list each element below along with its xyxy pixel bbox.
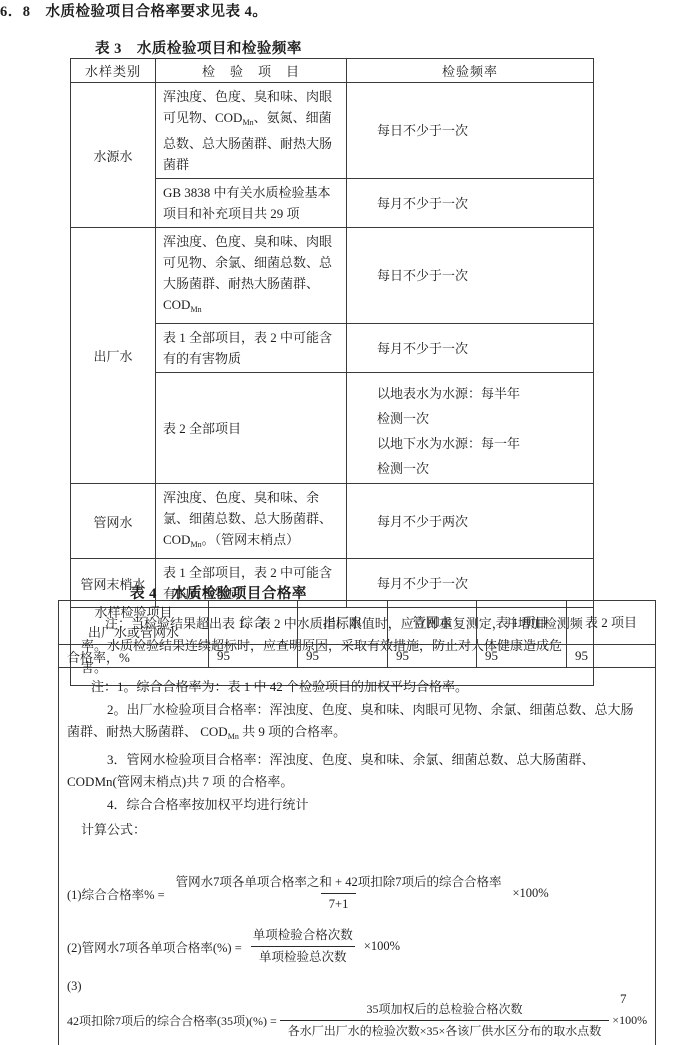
- formula1-fraction: 管网水7项各单项合格率之和 + 42项扣除7项后的综合合格率 7+1: [168, 875, 510, 912]
- document-page: 表 3 水质检验项目和检验频率 水样类别 检 验 项 目 检验频率 水源水 浑浊…: [0, 0, 699, 1045]
- table4-col-finished: 出厂水: [298, 601, 388, 645]
- table3-header-items: 检 验 项 目: [156, 59, 347, 83]
- table4-note-3: 3．管网水检验项目合格率：浑浊度、色度、臭和味、余氯、细菌总数、总大肠菌群、CO…: [67, 749, 645, 793]
- table4-notes-row: 注：1。综合合格率为：表 1 中 42 个检验项目的加权平均合格率。 2。出厂水…: [59, 668, 656, 1045]
- table4-corner-line2: 出厂水或管网水: [59, 623, 208, 643]
- page-number: 7: [620, 991, 627, 1007]
- formula1-numerator: 管网水7项各单项合格率之和 + 42项扣除7项后的综合合格率: [168, 875, 510, 893]
- table4-col-table2: 表 2 项目: [567, 601, 656, 645]
- table3-items-cell: 表 2 全部项目: [156, 373, 347, 484]
- formula-35-items-pass-rate: 42项扣除7项后的综合合格率(35项)(%) = 35项加权后的总检验合格次数 …: [67, 1002, 645, 1039]
- formula2-label: (2)管网水7项各单项合格率(%) =: [67, 938, 242, 956]
- table4-corner-header: 水样检验项目 出厂水或管网水: [59, 601, 209, 645]
- table4-header-row: 水样检验项目 出厂水或管网水 综合 出厂水 管网水 表 1 项目 表 2 项目: [59, 601, 656, 645]
- table3-items-cell: 浑浊度、色度、臭和味、肉眼可见物、余氯、细菌总数、总大肠菌群、耐热大肠菌群、CO…: [156, 228, 347, 324]
- table4-note-1: 注：1。综合合格率为：表 1 中 42 个检验项目的加权平均合格率。: [67, 676, 645, 698]
- formula3-marker: (3): [67, 979, 645, 994]
- table4-notes-cell: 注：1。综合合格率为：表 1 中 42 个检验项目的加权平均合格率。 2。出厂水…: [59, 668, 656, 1045]
- table4-pass-rates: 水样检验项目 出厂水或管网水 综合 出厂水 管网水 表 1 项目 表 2 项目 …: [58, 600, 656, 1045]
- table4-corner-line1: 水样检验项目: [59, 603, 208, 623]
- table3-row: 出厂水 浑浊度、色度、臭和味、肉眼可见物、余氯、细菌总数、总大肠菌群、耐热大肠菌…: [71, 228, 594, 324]
- table3-category-pipe-network-water: 管网水: [71, 484, 156, 559]
- formula3-denominator: 各水厂出厂水的检验次数×35×各该厂供水区分布的取水点数: [280, 1020, 610, 1039]
- table4-value: 95: [567, 645, 656, 668]
- formula3-fraction: 35项加权后的总检验合格次数 各水厂出厂水的检验次数×35×各该厂供水区分布的取…: [280, 1002, 610, 1039]
- formula-overall-pass-rate: (1)综合合格率% = 管网水7项各单项合格率之和 + 42项扣除7项后的综合合…: [67, 875, 645, 912]
- table3-items-cell: 浑浊度、色度、臭和味、余氯、细菌总数、总大肠菌群、 CODMn。（管网末梢点）: [156, 484, 347, 559]
- table4-value: 95: [298, 645, 388, 668]
- table3-category-source-water: 水源水: [71, 83, 156, 228]
- table4-value: 95: [209, 645, 298, 668]
- table4-note-2: 2。出厂水检验项目合格率：浑浊度、色度、臭和味、肉眼可见物、余氯、细菌总数、总大…: [67, 699, 645, 748]
- formula2-numerator: 单项检验合格次数: [245, 928, 361, 946]
- table3-category-finished-water: 出厂水: [71, 228, 156, 484]
- table3-row: 水源水 浑浊度、色度、臭和味、肉眼可见物、CODMn、氨氮、细菌 总数、总大肠菌…: [71, 83, 594, 179]
- table4-value: 95: [477, 645, 567, 668]
- table4-col-overall: 综合: [209, 601, 298, 645]
- formula2-fraction: 单项检验合格次数 单项检验总次数: [245, 928, 361, 965]
- table3-header-row: 水样类别 检 验 项 目 检验频率: [71, 59, 594, 83]
- formula2-denominator: 单项检验总次数: [251, 946, 355, 965]
- section-heading-6-8: 6．8 水质检验项目合格率要求见表 4。: [0, 0, 699, 21]
- table3-items-cell: GB 3838 中有关水质检验基本项目和补充项目共 29 项: [156, 179, 347, 228]
- table4-value: 95: [388, 645, 477, 668]
- formula3-numerator: 35项加权后的总检验合格次数: [359, 1002, 531, 1020]
- table3-frequency-cell: 每日不少于一次: [347, 228, 594, 324]
- table4-col-table1: 表 1 项目: [477, 601, 567, 645]
- table3-header-sample-type: 水样类别: [71, 59, 156, 83]
- table3-row: 管网水 浑浊度、色度、臭和味、余氯、细菌总数、总大肠菌群、 CODMn。（管网末…: [71, 484, 594, 559]
- formula1-suffix: ×100%: [512, 886, 548, 901]
- table3-frequency-cell: 每月不少于两次: [347, 484, 594, 559]
- formula3-label: 42项扣除7项后的综合合格率(35项)(%) =: [67, 1012, 277, 1029]
- table4-col-network: 管网水: [388, 601, 477, 645]
- calc-formula-intro: 计算公式：: [67, 819, 645, 841]
- table3-items-cell: 浑浊度、色度、臭和味、肉眼可见物、CODMn、氨氮、细菌 总数、总大肠菌群、耐热…: [156, 83, 347, 179]
- table4-note-4: 4．综合合格率按加权平均进行统计: [67, 794, 645, 816]
- table3-frequency-cell: 每日不少于一次: [347, 83, 594, 179]
- table3-items-cell: 表 1 全部项目，表 2 中可能含有的有害物质: [156, 324, 347, 373]
- table3-frequency-cell: 以地表水为水源：每半年 检测一次 以地下水为水源：每一年 检测一次: [347, 373, 594, 484]
- formula2-suffix: ×100%: [364, 939, 400, 954]
- formula1-label: (1)综合合格率% =: [67, 885, 165, 903]
- table3-frequency-cell: 每月不少于一次: [347, 179, 594, 228]
- table3-title: 表 3 水质检验项目和检验频率: [95, 37, 302, 58]
- table3-frequency-cell: 每月不少于一次: [347, 324, 594, 373]
- formula-network-item-pass-rate: (2)管网水7项各单项合格率(%) = 单项检验合格次数 单项检验总次数 ×10…: [67, 928, 645, 965]
- table4-values-row: 合格率，% 95 95 95 95 95: [59, 645, 656, 668]
- table3-header-frequency: 检验频率: [347, 59, 594, 83]
- table4-row-label: 合格率，%: [59, 645, 209, 668]
- formula1-denominator: 7+1: [321, 893, 357, 912]
- formula3-suffix: ×100%: [612, 1013, 647, 1028]
